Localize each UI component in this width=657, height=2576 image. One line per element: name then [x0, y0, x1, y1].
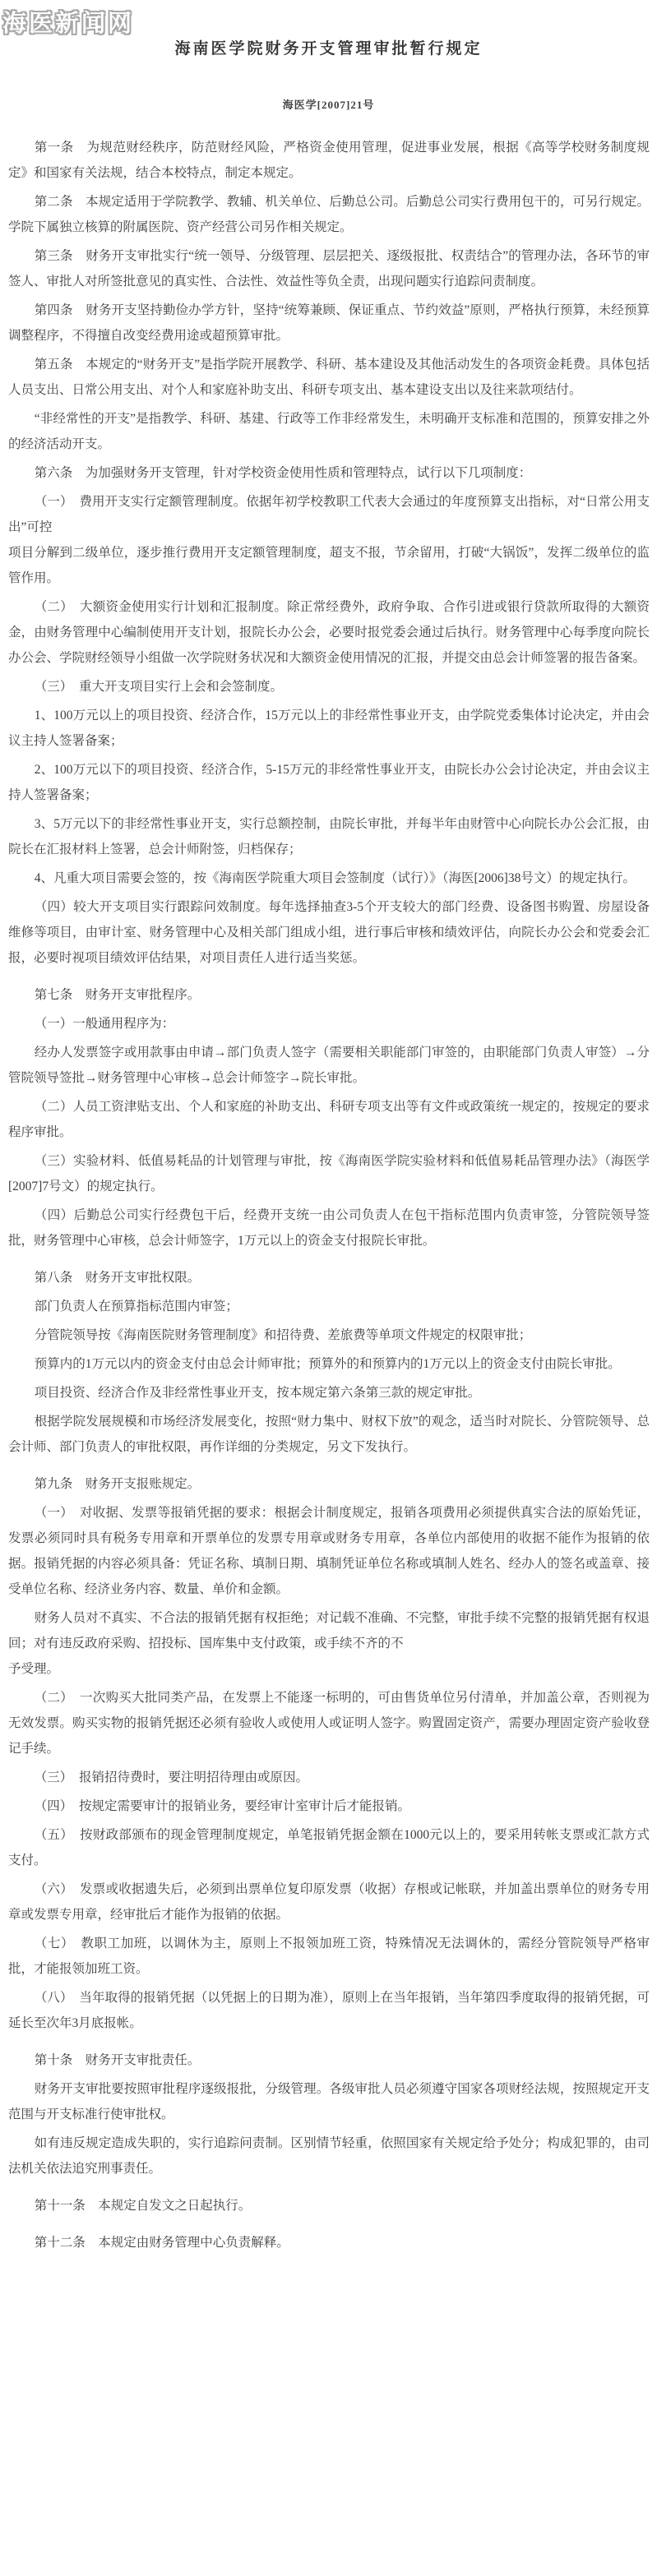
document-number: 海医学[2007]21号	[0, 96, 657, 112]
paragraph: 财务人员对不真实、不合法的报销凭据有权拒绝；对记载不准确、不完整，审批手续不完整…	[8, 1605, 650, 1656]
paragraph: 第十条 财务开支审批责任。	[8, 2047, 650, 2073]
paragraph: 第三条 财务开支审批实行“统一领导、分级管理、层层把关、逐级报批、权责结合”的管…	[8, 243, 650, 294]
paragraph: 经办人发票签字或用款事由申请→部门负责人签字（需要相关职能部门审签的，由职能部门…	[8, 1040, 650, 1091]
paragraph: 第四条 财务开支坚持勤俭办学方针，坚持“统筹兼顾、保证重点、节约效益”原则，严格…	[8, 298, 650, 349]
paragraph: 预算内的1万元以内的资金支付由总会计师审批；预算外的和预算内的1万元以上的资金支…	[8, 1351, 650, 1377]
paragraph: 第九条 财务开支报账规定。	[8, 1471, 650, 1497]
paragraph: 第六条 为加强财务开支管理，针对学校资金使用性质和管理特点，试行以下几项制度：	[8, 460, 650, 486]
site-watermark: 海医新闻网	[2, 5, 134, 39]
paragraph: “非经常性的开支”是指教学、科研、基建、行政等工作非经常发生，未明确开支标准和范…	[8, 406, 650, 457]
paragraph: 第八条 财务开支审批权限。	[8, 1265, 650, 1290]
paragraph: 2、100万元以下的项目投资、经济合作，5-15万元的非经常性事业开支，由院长办…	[8, 757, 650, 808]
paragraph: 分管院领导按《海南医院财务管理制度》和招待费、差旅费等单项文件规定的权限审批；	[8, 1323, 650, 1348]
paragraph: （七） 教职工加班，以调休为主，原则上不报领加班工资，特殊情况无法调休的，需经分…	[8, 1931, 650, 1982]
paragraph: 第五条 本规定的“财务开支”是指学院开展教学、科研、基本建设及其他活动发生的各项…	[8, 352, 650, 403]
paragraph: 予受理。	[8, 1656, 650, 1682]
paragraph: （三）实验材料、低值易耗品的计划管理与审批，按《海南医学院实验材料和低值易耗品管…	[8, 1148, 650, 1199]
paragraph: （二） 一次购买大批同类产品，在发票上不能逐一标明的，可由售货单位另付清单，并加…	[8, 1685, 650, 1761]
paragraph: （三） 报销招待费时，要注明招待理由或原因。	[8, 1765, 650, 1790]
paragraph: 如有违反规定造成失职的，实行追踪问责制。区别情节轻重，依照国家有关规定给予处分；…	[8, 2131, 650, 2181]
paragraph: 根据学院发展规模和市场经济发展变化，按照“财力集中、财权下放”的观念，适当时对院…	[8, 1409, 650, 1460]
paragraph: （一）一般通用程序为：	[8, 1011, 650, 1036]
paragraph: （一） 对收据、发票等报销凭据的要求：根据会计制度规定，报销各项费用必须提供真实…	[8, 1500, 650, 1602]
paragraph: 3、5万元以下的非经常性事业开支，实行总额控制，由院长审批，并每半年由财管中心向…	[8, 811, 650, 862]
document-page: 海医新闻网 海南医学院财务开支管理审批暂行规定 海医学[2007]21号 第一条…	[0, 0, 657, 2576]
paragraph: 1、100万元以上的项目投资、经济合作，15万元以上的非经常性事业开支，由学院党…	[8, 703, 650, 754]
paragraph: （二）人员工资津贴支出、个人和家庭的补助支出、科研专项支出等有文件或政策统一规定…	[8, 1094, 650, 1145]
paragraph: （二） 大额资金使用实行计划和汇报制度。除正常经费外，政府争取、合作引进或银行贷…	[8, 594, 650, 671]
paragraph: （一） 费用开支实行定额管理制度。依据年初学校教职工代表大会通过的年度预算支出指…	[8, 489, 650, 540]
paragraph: （四）较大开支项目实行跟踪问效制度。每年选择抽查3-5个开支较大的部门经费、设备…	[8, 894, 650, 971]
paragraph: 第一条 为规范财经秩序，防范财经风险，严格资金使用管理，促进事业发展，根据《高等…	[8, 135, 650, 186]
paragraph: （四） 按规定需要审计的报销业务，要经审计室审计后才能报销。	[8, 1794, 650, 1819]
paragraph: （六） 发票或收据遗失后，必须到出票单位复印原发票（收据）存根或记帐联，并加盖出…	[8, 1877, 650, 1927]
paragraph: 第十一条 本规定自发文之日起执行。	[8, 2193, 650, 2218]
paragraph: （三） 重大开支项目实行上会和会签制度。	[8, 674, 650, 699]
paragraph: 部门负责人在预算指标范围内审签；	[8, 1294, 650, 1319]
paragraph: （四）后勤总公司实行经费包干后，经费开支统一由公司负责人在包干指标范围内负责审签…	[8, 1203, 650, 1253]
paragraph: 项目分解到二级单位，逐步推行费用开支定额管理制度，超支不报，节余留用，打破“大锅…	[8, 540, 650, 591]
paragraph: 第二条 本规定适用于学院教学、教辅、机关单位、后勤总公司。后勤总公司实行费用包干…	[8, 189, 650, 240]
paragraph: （五） 按财政部颁布的现金管理制度规定，单笔报销凭据金额在1000元以上的，要采…	[8, 1822, 650, 1873]
page-title: 海南医学院财务开支管理审批暂行规定	[0, 36, 657, 58]
paragraph: 第十二条 本规定由财务管理中心负责解释。	[8, 2230, 650, 2255]
document-body: 第一条 为规范财经秩序，防范财经风险，严格资金使用管理，促进事业发展，根据《高等…	[0, 135, 657, 2255]
paragraph: 第七条 财务开支审批程序。	[8, 982, 650, 1008]
paragraph: 财务开支审批要按照审批程序逐级报批，分级管理。各级审批人员必须遵守国家各项财经法…	[8, 2076, 650, 2127]
paragraph: 4、凡重大项目需要会签的，按《海南医学院重大项目会签制度（试行）》（海医[200…	[8, 866, 650, 891]
paragraph: 项目投资、经济合作及非经常性事业开支，按本规定第六条第三款的规定审批。	[8, 1380, 650, 1406]
paragraph: （八） 当年取得的报销凭据（以凭据上的日期为准），原则上在当年报销，当年第四季度…	[8, 1985, 650, 2036]
